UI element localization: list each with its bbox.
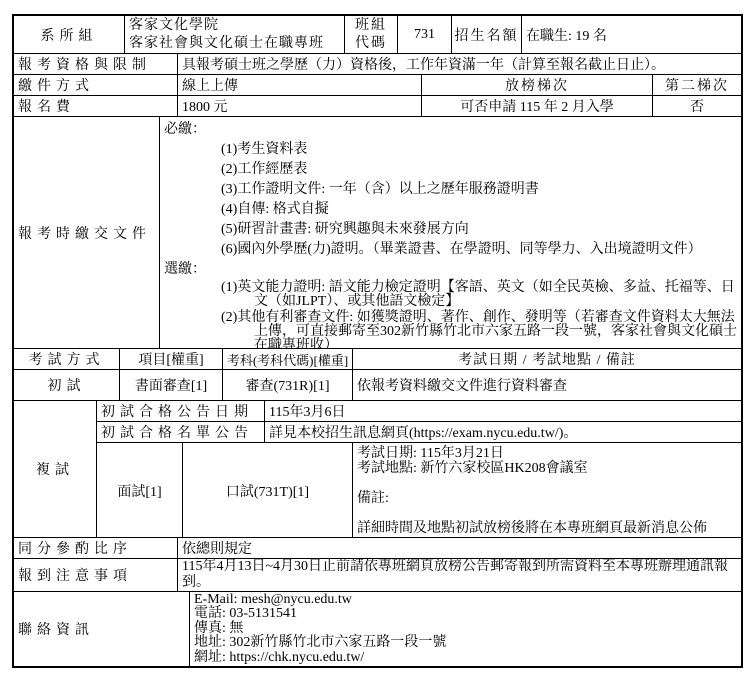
fee-label: 報名費	[14, 96, 178, 116]
exam-info-line: 考試地點: 新竹六家校區HK208會議室	[357, 461, 737, 476]
second-exam-info: 考試日期: 115年3月21日 考試地點: 新竹六家校區HK208會議室 備註:…	[353, 443, 741, 537]
required-item: (6)國內外學歷(力)證明。（畢業證書、在學證明、同等學力、入出境證明文件）	[164, 240, 737, 260]
submission-label: 繳件方式	[14, 75, 178, 95]
release-batch-label: 放榜梯次	[422, 75, 653, 95]
second-exam-label: 複試	[14, 401, 97, 537]
contact-address: 地址: 302新竹縣竹北市六家五路一段一號	[194, 636, 737, 651]
exam-info-header: 考試日期 / 考試地點 / 備註	[353, 349, 741, 369]
documents-label: 報考時繳交文件	[14, 117, 160, 348]
first-exam-subject: 審查(731R)[1]	[223, 370, 353, 400]
class-code-label-line1: 班組	[355, 17, 387, 35]
exam-info-line: 考試日期: 115年3月21日	[357, 446, 737, 461]
class-code-label-cell: 班組 代碼	[345, 16, 398, 53]
required-item: (1)考生資料表	[164, 140, 737, 160]
announce-date-value: 115年3月6日	[265, 401, 741, 421]
exam-info-line	[357, 476, 737, 491]
exam-header-row: 考試方式 項目[權重] 考科(考科代碼)[權重] 考試日期 / 考試地點 / 備…	[14, 349, 741, 370]
registration-label: 報到注意事項	[14, 559, 178, 591]
department-row: 系所組 客家文化學院 客家社會與文化碩士在職專班 班組 代碼 731 招生名額 …	[14, 16, 741, 54]
exam-info-line: 備註:	[357, 491, 737, 506]
announce-list-label: 初試合格名單公告	[97, 422, 265, 442]
required-item: (4)自傳: 格式自擬	[164, 200, 737, 220]
exam-info-line: 詳細時間及地點初試放榜後將在本專班網頁最新消息公佈	[357, 521, 737, 536]
second-exam-row: 複試 初試合格公告日期 115年3月6日 初試合格名單公告 詳見本校招生訊息網頁…	[14, 401, 741, 538]
contact-phone: 電話: 03-5131541	[194, 607, 737, 622]
fee-row: 報名費 1800 元 可否申請 115 年 2 月入學 否	[14, 96, 741, 117]
contact-label: 聯絡資訊	[14, 592, 190, 666]
documents-row: 報考時繳交文件 必繳： (1)考生資料表 (2)工作經歷表 (3)工作證明文件:…	[14, 117, 741, 349]
tiebreak-label: 同分參酌比序	[14, 538, 178, 558]
documents-content: 必繳： (1)考生資料表 (2)工作經歷表 (3)工作證明文件: 一年（含）以上…	[160, 117, 741, 348]
exam-info-line	[357, 506, 737, 521]
quota-label: 招生名額	[452, 16, 522, 53]
qualification-label: 報考資格與限制	[14, 54, 178, 74]
exam-method-header: 考試方式	[14, 349, 120, 369]
class-code-label-line2: 代碼	[355, 35, 387, 53]
release-batch-value: 第二梯次	[653, 75, 741, 95]
optional-title: 選繳：	[164, 260, 737, 280]
contact-email: E-Mail: mesh@nycu.edu.tw	[194, 593, 737, 608]
second-exam-item: 面試[1]	[97, 443, 183, 537]
submission-value: 線上上傳	[178, 75, 422, 95]
interview-subrow: 面試[1] 口試(731T)[1] 考試日期: 115年3月21日 考試地點: …	[97, 443, 741, 537]
department-label: 系所組	[14, 16, 125, 53]
admission-info-table: 系所組 客家文化學院 客家社會與文化碩士在職專班 班組 代碼 731 招生名額 …	[12, 14, 743, 668]
first-exam-info: 依報考資料繳交文件進行資料審查	[353, 370, 741, 400]
required-item: (2)工作經歷表	[164, 160, 737, 180]
class-code-value: 731	[398, 16, 452, 53]
optional-item: (2)其他有利審查文件: 如獲獎證明、著作、創作、發明等（若審查文件資料太大無法…	[164, 310, 737, 348]
program-name: 客家社會與文化碩士在職專班	[129, 35, 340, 53]
announce-date-subrow: 初試合格公告日期 115年3月6日	[97, 401, 741, 422]
first-exam-row: 初試 書面審查[1] 審查(731R)[1] 依報考資料繳交文件進行資料審查	[14, 370, 741, 401]
exam-subject-header: 考科(考科代碼)[權重]	[223, 349, 353, 369]
department-name-cell: 客家文化學院 客家社會與文化碩士在職專班	[125, 16, 345, 53]
tiebreak-row: 同分參酌比序 依總則規定	[14, 538, 741, 559]
exam-item-header: 項目[權重]	[120, 349, 223, 369]
qualification-row: 報考資格與限制 具報考碩士班之學歷（力）資格後，工作年資滿一年（計算至報名截止日…	[14, 54, 741, 75]
february-entry-label: 可否申請 115 年 2 月入學	[422, 96, 653, 116]
optional-item: (1)英文能力證明: 語文能力檢定證明【客語、英文（如全民英檢、多益、托福等、日…	[164, 280, 737, 310]
february-entry-value: 否	[653, 96, 741, 116]
announce-date-label: 初試合格公告日期	[97, 401, 265, 421]
required-item: (5)研習計畫書: 研究興趣與未來發展方向	[164, 220, 737, 240]
contact-row: 聯絡資訊 E-Mail: mesh@nycu.edu.tw 電話: 03-513…	[14, 592, 741, 666]
first-exam-label: 初試	[14, 370, 120, 400]
fee-value: 1800 元	[178, 96, 422, 116]
announce-list-value: 詳見本校招生訊息網頁(https://exam.nycu.edu.tw/)。	[265, 422, 741, 442]
required-item: (3)工作證明文件: 一年（含）以上之歷年服務證明書	[164, 180, 737, 200]
contact-website: 網址: https://chk.nycu.edu.tw/	[194, 651, 737, 666]
contact-content: E-Mail: mesh@nycu.edu.tw 電話: 03-5131541 …	[190, 592, 741, 666]
submission-row: 繳件方式 線上上傳 放榜梯次 第二梯次	[14, 75, 741, 96]
first-exam-item: 書面審查[1]	[120, 370, 223, 400]
quota-value: 在職生: 19 名	[522, 16, 741, 53]
tiebreak-value: 依總則規定	[178, 538, 741, 558]
second-exam-subject: 口試(731T)[1]	[183, 443, 353, 537]
required-title: 必繳：	[164, 120, 737, 140]
registration-value: 115年4月13日~4月30日止前請依專班網頁放榜公告郵寄報到所需資料至本專班辦…	[178, 559, 741, 591]
college-name: 客家文化學院	[129, 17, 340, 35]
qualification-value: 具報考碩士班之學歷（力）資格後，工作年資滿一年（計算至報名截止日止）。	[178, 54, 741, 74]
registration-row: 報到注意事項 115年4月13日~4月30日止前請依專班網頁放榜公告郵寄報到所需…	[14, 559, 741, 592]
announce-list-subrow: 初試合格名單公告 詳見本校招生訊息網頁(https://exam.nycu.ed…	[97, 422, 741, 443]
